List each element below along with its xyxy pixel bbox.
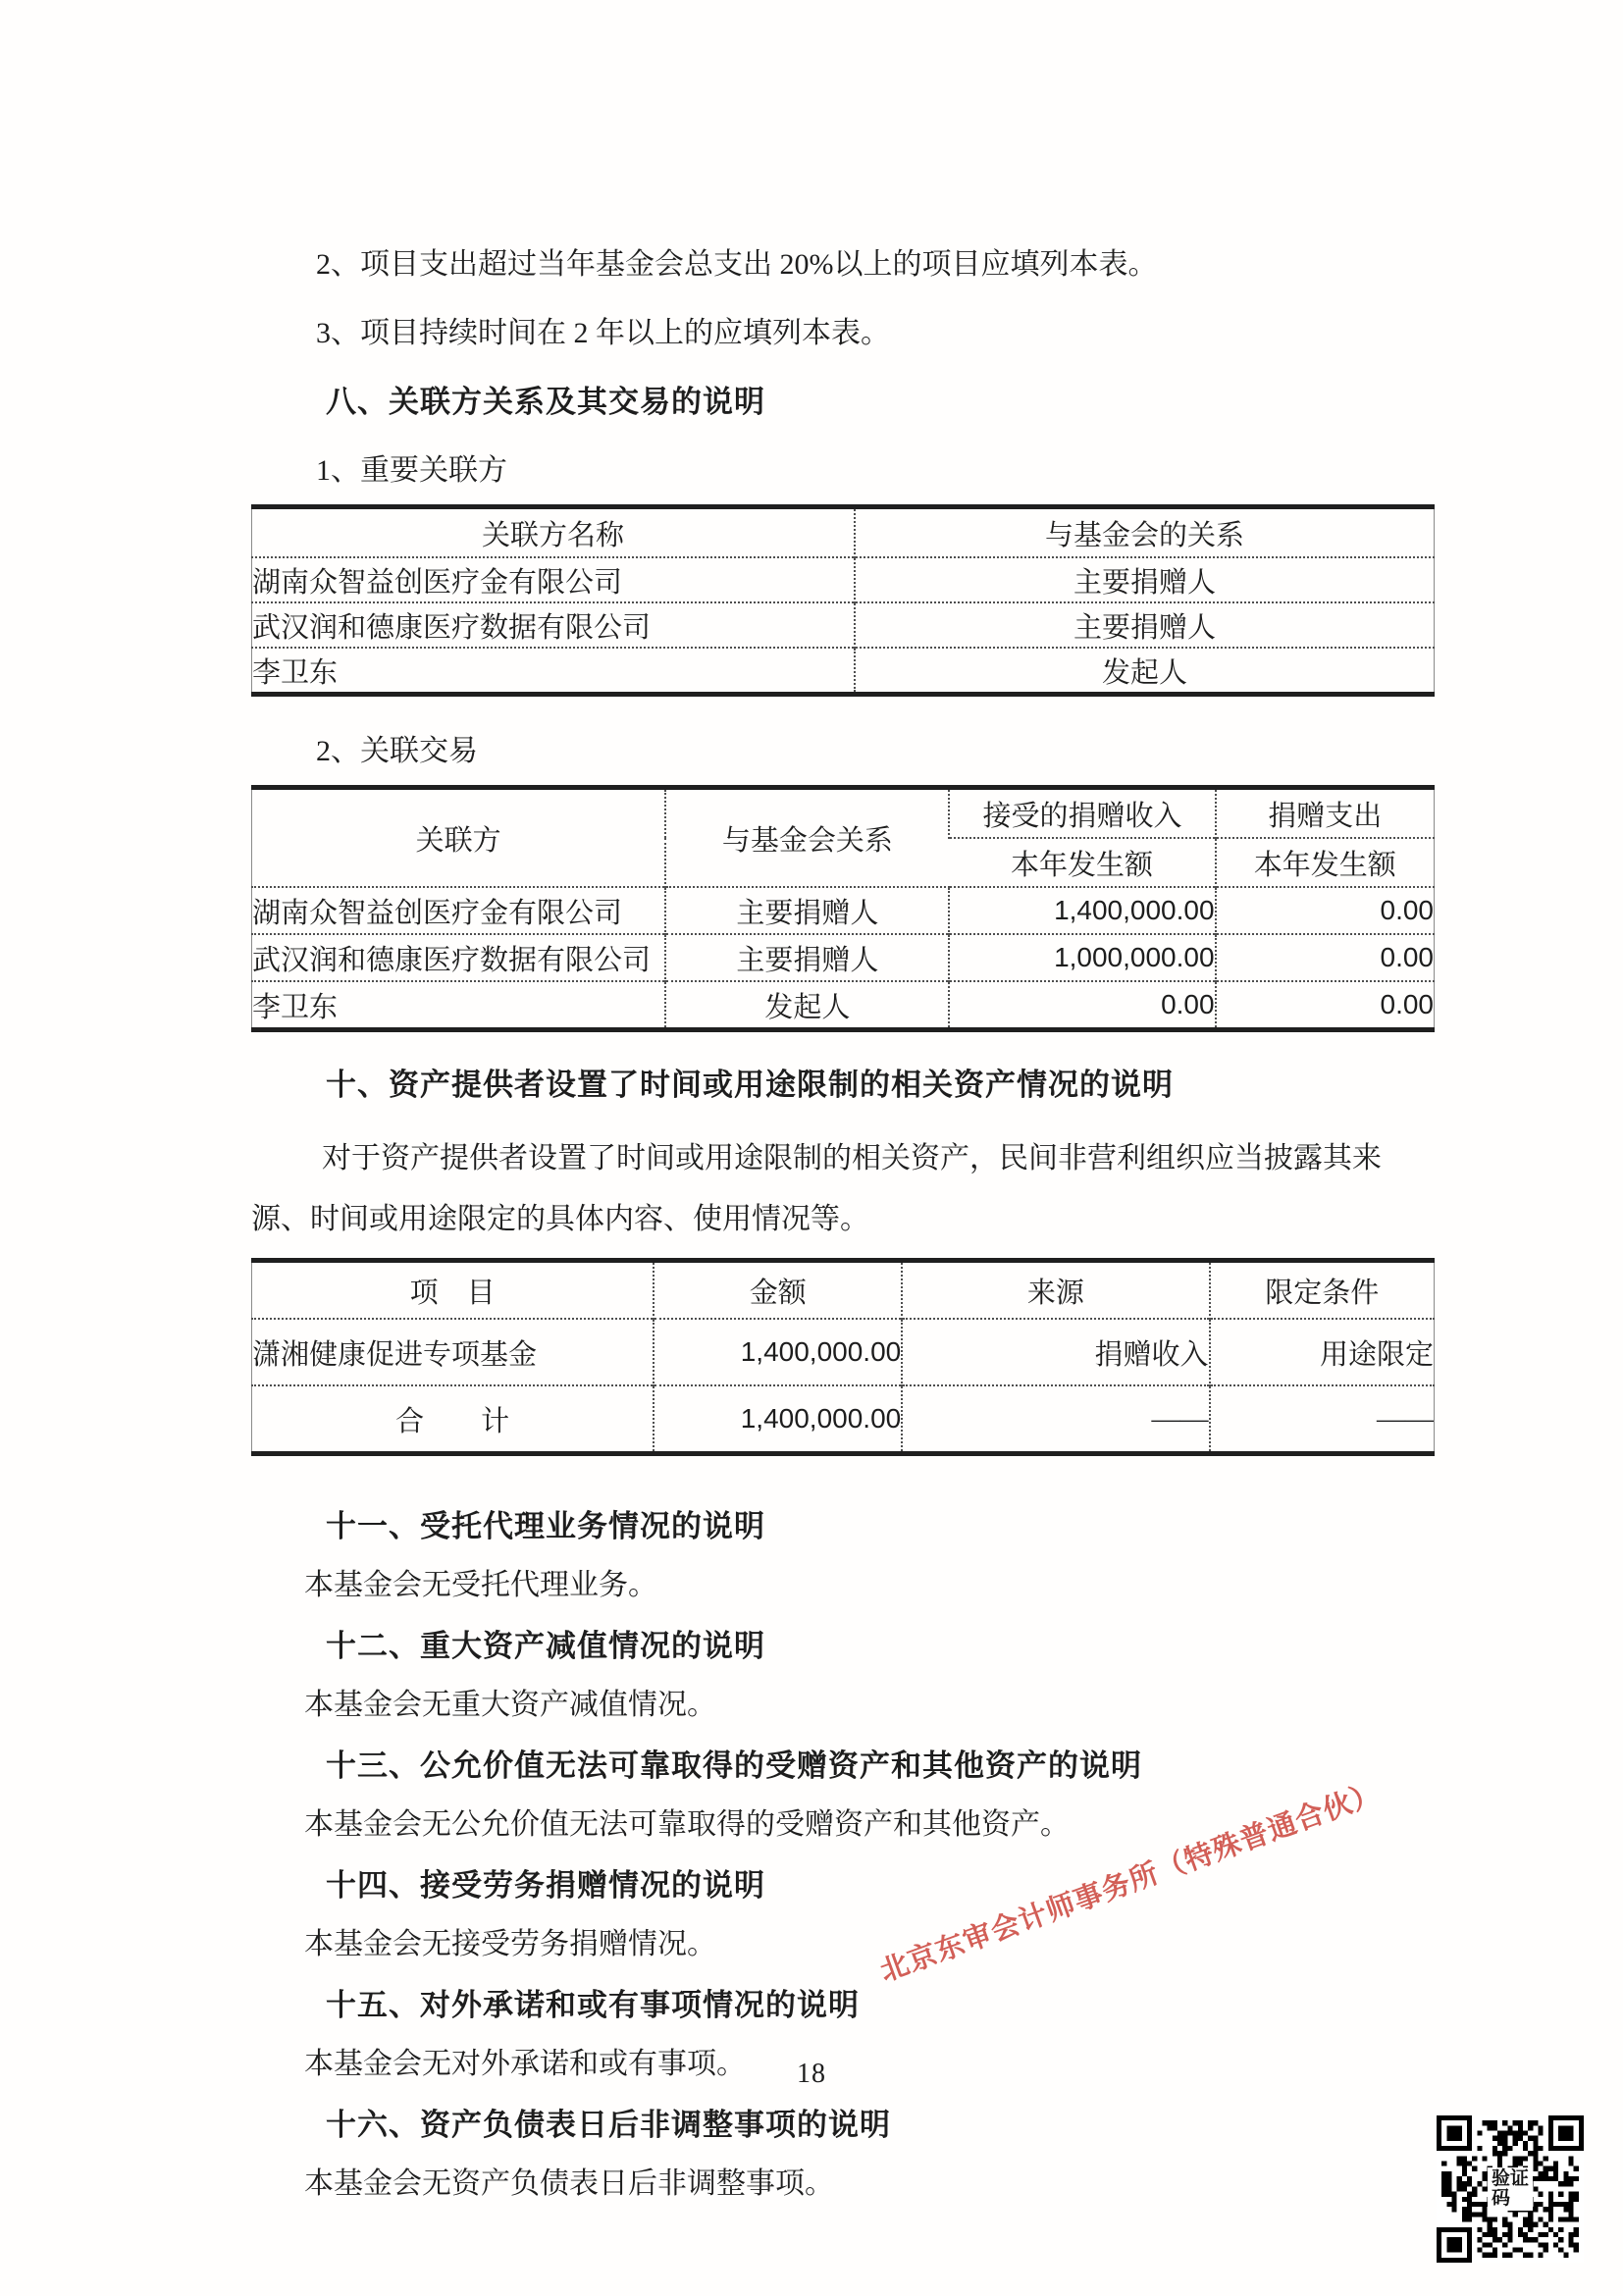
section11-body: 本基金会无受托代理业务。 <box>251 1568 1435 1603</box>
qr-label: 验证 码 <box>1488 2167 1533 2211</box>
relation-cell: 主要捐赠人 <box>665 934 949 981</box>
section10-heading: 十、资产提供者设置了时间或用途限制的相关资产情况的说明 <box>251 1066 1435 1105</box>
section16-body: 本基金会无资产负债表日后非调整事项。 <box>251 2166 1435 2202</box>
table-row: 李卫东 发起人 <box>252 648 1435 695</box>
amount-cell: 1,400,000.00 <box>654 1319 902 1385</box>
statement-section-11: 十一、受托代理业务情况的说明 本基金会无受托代理业务。 <box>251 1509 1435 1603</box>
statement-section-16: 十六、资产负债表日后非调整事项的说明 本基金会无资产负债表日后非调整事项。 <box>251 2108 1435 2202</box>
qr-code: 验证 码 <box>1437 2115 1584 2263</box>
table-row: 武汉润和德康医疗数据有限公司 主要捐赠人 1,000,000.00 0.00 <box>252 934 1435 981</box>
total-source-cell: —— <box>902 1385 1209 1454</box>
table-total-row: 合 计 1,400,000.00 —— —— <box>252 1385 1435 1454</box>
relation-cell: 主要捐赠人 <box>665 887 949 934</box>
table-row: 潇湘健康促进专项基金 1,400,000.00 捐赠收入 用途限定 <box>252 1319 1435 1385</box>
qr-label-bottom: 码 <box>1492 2189 1529 2209</box>
col-header-party-name: 关联方名称 <box>252 507 856 558</box>
subheader-current-year-expense: 本年发生额 <box>1216 838 1435 887</box>
party-cell: 李卫东 <box>252 981 666 1030</box>
section12-body: 本基金会无重大资产减值情况。 <box>251 1688 1435 1723</box>
statement-section-14: 十四、接受劳务捐赠情况的说明 本基金会无接受劳务捐赠情况。 <box>251 1868 1435 1962</box>
page-number: 18 <box>0 2059 1623 2090</box>
table-row: 李卫东 发起人 0.00 0.00 <box>252 981 1435 1030</box>
expense-cell: 0.00 <box>1216 934 1435 981</box>
qr-label-top: 验证 <box>1492 2169 1529 2189</box>
statement-section-12: 十二、重大资产减值情况的说明 本基金会无重大资产减值情况。 <box>251 1629 1435 1723</box>
income-cell: 1,000,000.00 <box>949 934 1215 981</box>
restricted-assets-table: 项 目 金额 来源 限定条件 潇湘健康促进专项基金 1,400,000.00 捐… <box>251 1258 1435 1456</box>
item-cell: 潇湘健康促进专项基金 <box>252 1319 654 1385</box>
income-cell: 0.00 <box>949 981 1215 1030</box>
section8-sub1-label: 1、重要关联方 <box>251 451 1435 491</box>
col-header-party: 关联方 <box>252 788 666 888</box>
col-header-donation-income: 接受的捐赠收入 <box>949 788 1215 839</box>
party-cell: 湖南众智益创医疗金有限公司 <box>252 887 666 934</box>
important-parties-table: 关联方名称 与基金会的关系 湖南众智益创医疗金有限公司 主要捐赠人 武汉润和德康… <box>251 504 1435 697</box>
section13-heading: 十三、公允价值无法可靠取得的受赠资产和其他资产的说明 <box>251 1748 1435 1784</box>
table-row: 湖南众智益创医疗金有限公司 主要捐赠人 1,400,000.00 0.00 <box>252 887 1435 934</box>
party-name-cell: 武汉润和德康医疗数据有限公司 <box>252 602 856 648</box>
document-content: 2、项目支出超过当年基金会总支出 20%以上的项目应填列本表。 3、项目持续时间… <box>251 245 1435 2202</box>
condition-cell: 用途限定 <box>1210 1319 1435 1385</box>
col-header-relation: 与基金会的关系 <box>855 507 1434 558</box>
relation-cell: 发起人 <box>855 648 1434 695</box>
party-name-cell: 李卫东 <box>252 648 856 695</box>
table-header-row: 关联方 与基金会关系 接受的捐赠收入 捐赠支出 <box>252 788 1435 839</box>
subheader-current-year-income: 本年发生额 <box>949 838 1215 887</box>
document-page: 2、项目支出超过当年基金会总支出 20%以上的项目应填列本表。 3、项目持续时间… <box>0 0 1623 2296</box>
income-cell: 1,400,000.00 <box>949 887 1215 934</box>
section14-body: 本基金会无接受劳务捐赠情况。 <box>251 1927 1435 1962</box>
section14-heading: 十四、接受劳务捐赠情况的说明 <box>251 1868 1435 1904</box>
section15-heading: 十五、对外承诺和或有事项情况的说明 <box>251 1988 1435 2023</box>
section16-heading: 十六、资产负债表日后非调整事项的说明 <box>251 2108 1435 2143</box>
section8-sub2-label: 2、关联交易 <box>251 732 1435 771</box>
source-cell: 捐赠收入 <box>902 1319 1209 1385</box>
party-name-cell: 湖南众智益创医疗金有限公司 <box>252 557 856 602</box>
section11-heading: 十一、受托代理业务情况的说明 <box>251 1509 1435 1544</box>
table-header-row: 关联方名称 与基金会的关系 <box>252 507 1435 558</box>
table-header-row: 项 目 金额 来源 限定条件 <box>252 1261 1435 1320</box>
section12-heading: 十二、重大资产减值情况的说明 <box>251 1629 1435 1664</box>
col-header-amount: 金额 <box>654 1261 902 1320</box>
note-line-2: 2、项目支出超过当年基金会总支出 20%以上的项目应填列本表。 <box>251 245 1435 285</box>
note-line-3: 3、项目持续时间在 2 年以上的应填列本表。 <box>251 314 1435 353</box>
table-row: 武汉润和德康医疗数据有限公司 主要捐赠人 <box>252 602 1435 648</box>
relation-cell: 发起人 <box>665 981 949 1030</box>
col-header-donation-expense: 捐赠支出 <box>1216 788 1435 839</box>
section8-heading: 八、关联方关系及其交易的说明 <box>251 383 1435 422</box>
relation-cell: 主要捐赠人 <box>855 602 1434 648</box>
section10-paragraph: 对于资产提供者设置了时间或用途限制的相关资产，民间非营利组织应当披露其来源、时间… <box>251 1128 1435 1250</box>
expense-cell: 0.00 <box>1216 887 1435 934</box>
col-header-condition: 限定条件 <box>1210 1261 1435 1320</box>
col-header-source: 来源 <box>902 1261 1209 1320</box>
col-header-item: 项 目 <box>252 1261 654 1320</box>
expense-cell: 0.00 <box>1216 981 1435 1030</box>
relation-cell: 主要捐赠人 <box>855 557 1434 602</box>
table-row: 湖南众智益创医疗金有限公司 主要捐赠人 <box>252 557 1435 602</box>
total-label-cell: 合 计 <box>252 1385 654 1454</box>
col-header-relation: 与基金会关系 <box>665 788 949 888</box>
total-condition-cell: —— <box>1210 1385 1435 1454</box>
total-amount-cell: 1,400,000.00 <box>654 1385 902 1454</box>
party-cell: 武汉润和德康医疗数据有限公司 <box>252 934 666 981</box>
related-transactions-table: 关联方 与基金会关系 接受的捐赠收入 捐赠支出 本年发生额 本年发生额 湖南众智… <box>251 785 1435 1032</box>
